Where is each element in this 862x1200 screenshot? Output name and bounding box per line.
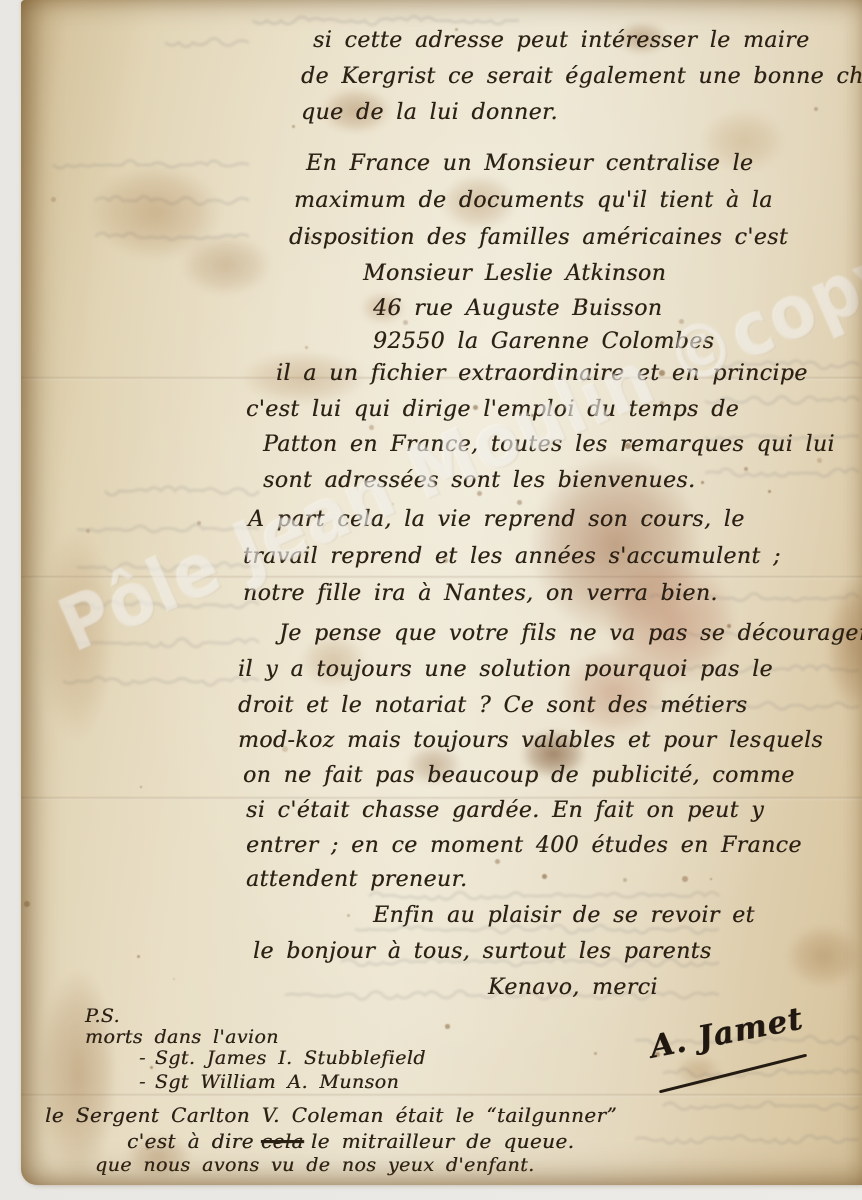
paper-speck [495,859,500,864]
letter-paper: si cette adresse peut intéresser le mair… [21,0,862,1185]
bleed-through-ghost-writing [151,26,251,60]
ps-heading: morts dans l'avion [85,1027,279,1049]
paper-speck [292,125,295,128]
list-dash: - [139,1071,146,1093]
paper-speck [369,425,374,430]
closing-line: le bonjour à tous, surtout les parents [253,939,712,964]
handwritten-line: En France un Monsieur centralise le [306,151,753,176]
handwritten-line: si c'était chasse gardée. En fait on peu… [246,798,764,823]
handwritten-line: maximum de documents qu'il tient à la [294,188,773,213]
handwritten-line: mod-koz mais toujours valables et pour l… [238,728,823,753]
list-dash: - [139,1047,146,1069]
closing-line: Kenavo, merci [488,975,658,1000]
footnote-line: que nous avons vu de nos yeux d'enfant. [95,1155,535,1177]
handwritten-line: de Kergrist ce serait également une bonn… [301,64,862,89]
paper-speck [140,786,142,788]
handwritten-line-address: 46 rue Auguste Buisson [373,296,662,321]
handwritten-line: notre fille ira à Nantes, on verra bien. [243,581,718,606]
paper-stain [786,925,861,987]
footnote-text: c'est à dire [127,1129,254,1153]
fold-crease [21,1094,862,1097]
bleed-through-ghost-writing [41,145,251,257]
footnote-line: c'est à direcelale mitrailleur de queue. [127,1130,574,1153]
paper-stain [39,970,117,1180]
ps-name: -Sgt. James I. Stubblefield [139,1048,426,1070]
handwritten-line-address: Monsieur Leslie Atkinson [363,261,666,286]
struck-word: cela [261,1129,304,1153]
paper-speck [814,107,818,111]
paper-speck [24,901,30,907]
paper-speck [173,978,175,980]
paper-speck [137,955,140,958]
ps-name-text: Sgt William A. Munson [155,1071,399,1093]
scanned-letter-page: si cette adresse peut intéresser le mair… [0,0,862,1200]
footnote-text: le mitrailleur de queue. [311,1129,575,1153]
paper-speck [305,346,308,349]
ps-label: P.S. [85,1006,120,1028]
handwritten-line: disposition des familles américaines c'e… [289,225,788,250]
ps-name-text: Sgt. James I. Stubblefield [155,1047,426,1069]
handwritten-line: on ne fait pas beaucoup de publicité, co… [243,763,795,788]
paper-speck [445,1024,450,1029]
handwritten-line: droit et le notariat ? Ce sont des métie… [238,693,747,718]
handwritten-line: Je pense que votre fils ne va pas se déc… [279,621,862,646]
handwritten-line: il y a toujours une solution pourquoi pa… [238,657,773,682]
handwritten-line: si cette adresse peut intéresser le mair… [313,28,810,53]
footnote-line: le Sergent Carlton V. Coleman était le “… [45,1104,617,1127]
handwritten-line: attendent preneur. [246,867,467,892]
handwritten-line: que de la lui donner. [301,100,558,125]
ps-name: -Sgt William A. Munson [139,1072,399,1094]
closing-line: Enfin au plaisir de se revoir et [373,903,755,928]
handwritten-line: entrer ; en ce moment 400 études en Fran… [246,833,802,858]
paper-speck [517,500,522,505]
